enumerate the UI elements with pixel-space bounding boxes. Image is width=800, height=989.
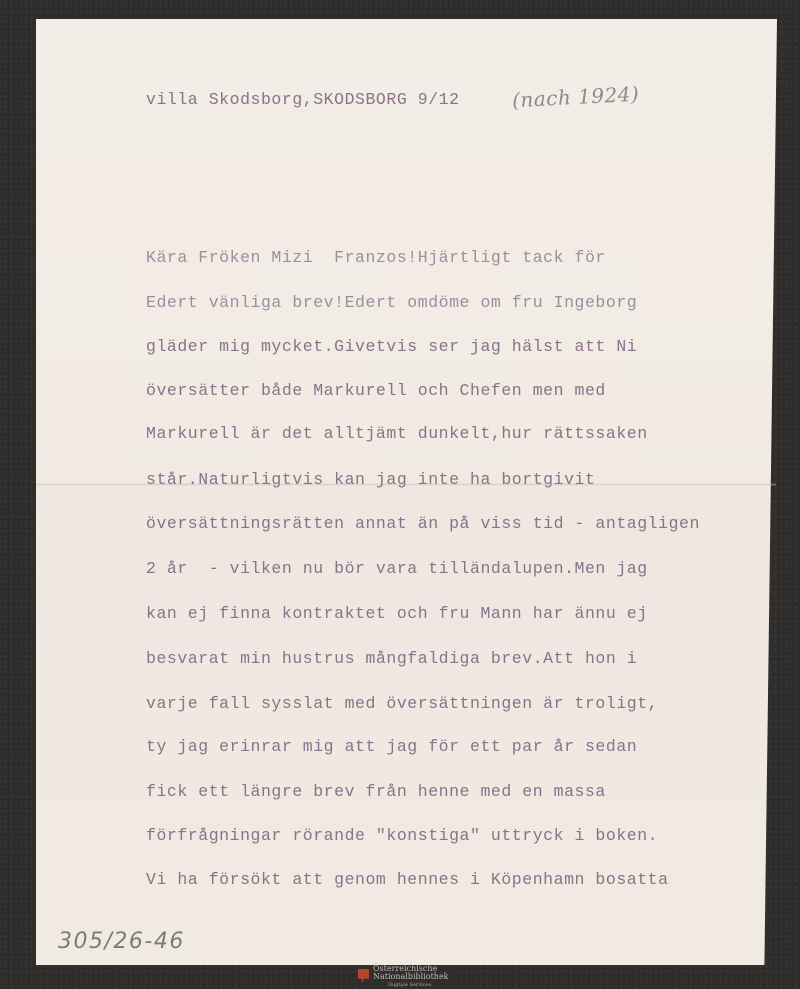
body-line: Vi ha försökt att genom hennes i Köpenha… bbox=[146, 872, 669, 889]
body-line: Edert vänliga brev!Edert omdöme om fru I… bbox=[146, 295, 637, 312]
body-line: fick ett längre brev från henne med en m… bbox=[146, 784, 606, 801]
letter-place-date: villa Skodsborg,SKODSBORG 9/12 bbox=[146, 92, 460, 109]
letter-page bbox=[36, 19, 777, 965]
body-line: Kära Fröken Mizi Franzos!Hjärtligt tack … bbox=[146, 250, 606, 267]
body-line: förfrågningar rörande "konstiga" uttryck… bbox=[146, 828, 658, 845]
body-line: 2 år - vilken nu bör vara tilländalupen.… bbox=[146, 561, 648, 578]
body-line: översättningsrätten annat än på viss tid… bbox=[146, 516, 700, 533]
watermark-line-3: Digitale Services bbox=[388, 983, 449, 988]
body-line: varje fall sysslat med översättningen är… bbox=[146, 696, 658, 713]
body-line: ty jag erinrar mig att jag för ett par å… bbox=[146, 739, 637, 756]
body-line: översätter både Markurell och Chefen men… bbox=[146, 383, 606, 400]
body-line: kan ej finna kontraktet och fru Mann har… bbox=[146, 606, 648, 623]
library-logo-icon bbox=[358, 969, 369, 983]
watermark-line-2: Nationalbibliothek bbox=[373, 973, 449, 981]
library-watermark: Österreichische Nationalbibliothek Digit… bbox=[358, 965, 449, 988]
body-line: besvarat min hustrus mångfaldiga brev.At… bbox=[146, 651, 637, 668]
body-line: gläder mig mycket.Givetvis ser jag hälst… bbox=[146, 339, 637, 356]
shelfmark-pencil-note: 305/26-46 bbox=[58, 929, 185, 954]
body-line: står.Naturligtvis kan jag inte ha bortgi… bbox=[146, 472, 595, 489]
body-line: Markurell är det alltjämt dunkelt,hur rä… bbox=[146, 426, 648, 443]
